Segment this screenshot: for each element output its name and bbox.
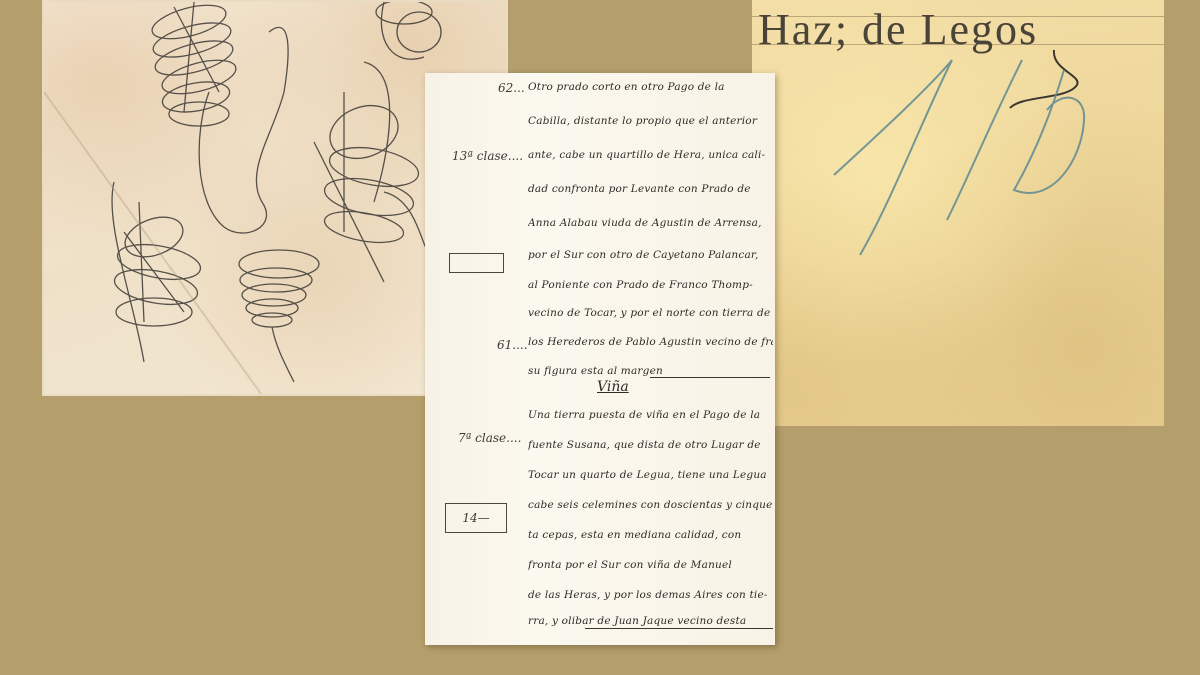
manuscript-line: Cabilla, distante lo propio que el anter… <box>528 115 773 127</box>
manuscript-line: ta cepas, esta en mediana calidad, con <box>528 529 773 541</box>
manuscript-line: vecino de Tocar, y por el norte con tier… <box>528 307 773 319</box>
margin-note-61: 61.... <box>497 338 528 352</box>
manuscript-line: Anna Alabau viuda de Agustin de Arrensa, <box>528 217 773 229</box>
manuscript-line: ante, cabe un quartillo de Hera, unica c… <box>528 149 773 161</box>
manuscript-line: fronta por el Sur con viña de Manuel <box>528 559 773 571</box>
margin-note-7-clase: 7ª clase.... <box>458 431 521 445</box>
manuscript-line: fuente Susana, que dista de otro Lugar d… <box>528 439 773 451</box>
empty-figure-box <box>449 253 504 273</box>
manuscript-line: cabe seis celemines con doscientas y cin… <box>528 499 773 511</box>
section-heading: Viña <box>597 379 629 395</box>
manuscript-line: rra, y olibar de Juan Jaque vecino desta <box>528 615 773 627</box>
manuscript-page-image: 62... 13ª clase.... 61.... 7ª clase.... … <box>425 73 775 645</box>
cover-number-drawing <box>752 0 1164 426</box>
margin-note-62: 62... <box>498 81 525 95</box>
manuscript-line: de las Heras, y por los demas Aires con … <box>528 589 773 601</box>
manuscript-line: Una tierra puesta de viña en el Pago de … <box>528 409 773 421</box>
figure-box-14: 14— <box>445 503 507 533</box>
manuscript-line: su figura esta al margen <box>528 365 773 377</box>
manuscript-line: Otro prado corto en otro Pago de la <box>528 81 773 93</box>
manuscript-line: dad confronta por Levante con Prado de <box>528 183 773 195</box>
manuscript-line: Tocar un quarto de Legua, tiene una Legu… <box>528 469 773 481</box>
manuscript-line: por el Sur con otro de Cayetano Palancar… <box>528 249 773 261</box>
line-rule <box>650 377 770 378</box>
manuscript-line: los Herederos de Pablo Agustin vecino de… <box>528 336 773 348</box>
manuscript-line: al Poniente con Prado de Franco Thomp- <box>528 279 773 291</box>
line-rule <box>585 628 773 629</box>
margin-note-13-clase: 13ª clase.... <box>452 149 523 163</box>
vellum-cover-image: Haz; de Legos <box>752 0 1164 426</box>
